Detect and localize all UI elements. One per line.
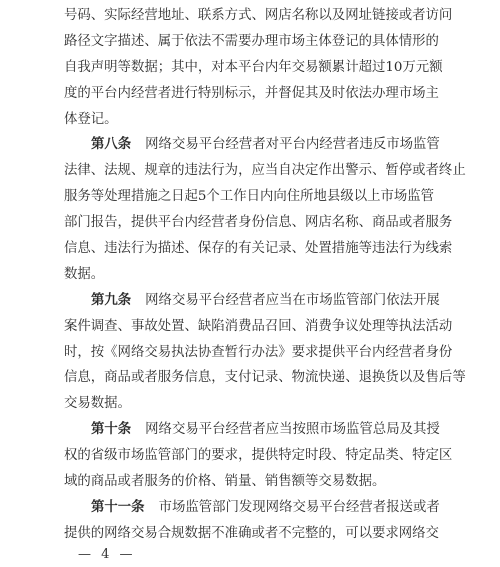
text-line: 信息，商品或者服务信息，支付记录、物流快递、退换货以及售后等 bbox=[64, 365, 434, 391]
text-line: 权的省级市场监管部门的要求，提供特定时段、特定品类、特定区 bbox=[64, 443, 434, 469]
text-line: 时，按《网络交易执法协查暂行办法》要求提供平台内经营者身份 bbox=[64, 340, 434, 366]
article-heading: 第八条 bbox=[91, 137, 131, 152]
text-line: 域的商品或者服务的价格、销量、销售额等交易数据。 bbox=[64, 469, 434, 495]
text-line: 度的平台内经营者进行特别标示，并督促其及时依法办理市场主 bbox=[64, 81, 434, 107]
document-page: 号码、实际经营地址、联系方式、网店名称以及网址链接或者访问 路径文字描述、属于依… bbox=[64, 3, 434, 547]
text-line: 案件调查、事故处置、缺陷消费品召回、消费争议处理等执法活动 bbox=[64, 314, 434, 340]
article-heading: 第九条 bbox=[91, 293, 131, 308]
article-9-first-line: 第九条网络交易平台经营者应当在市场监管部门依法开展 bbox=[64, 288, 434, 314]
text-span: 网络交易平台经营者应当在市场监管部门依法开展 bbox=[145, 293, 440, 308]
text-span: 网络交易平台经营者应当按照市场监管总局及其授 bbox=[145, 422, 440, 437]
article-8-first-line: 第八条网络交易平台经营者对平台内经营者违反市场监管 bbox=[64, 132, 434, 158]
text-line: 部门报告，提供平台内经营者身份信息、网店名称、商品或者服务 bbox=[64, 210, 434, 236]
text-line: 路径文字描述、属于依法不需要办理市场主体登记的具体情形的 bbox=[64, 29, 434, 55]
text-line: 数据。 bbox=[64, 262, 434, 288]
text-line: 交易数据。 bbox=[64, 391, 434, 417]
text-line: 法律、法规、规章的违法行为，应当自决定作出警示、暂停或者终止 bbox=[64, 158, 434, 184]
text-span: 网络交易平台经营者对平台内经营者违反市场监管 bbox=[145, 137, 440, 152]
text-line: 服务等处理措施之日起5个工作日内向住所地县级以上市场监管 bbox=[64, 184, 434, 210]
article-heading: 第十一条 bbox=[91, 500, 145, 515]
article-heading: 第十条 bbox=[91, 422, 131, 437]
page-number: — 4 — bbox=[78, 547, 133, 562]
article-10-first-line: 第十条网络交易平台经营者应当按照市场监管总局及其授 bbox=[64, 417, 434, 443]
text-line: 体登记。 bbox=[64, 107, 434, 133]
text-span: 市场监管部门发现网络交易平台经营者报送或者 bbox=[159, 500, 440, 515]
text-line: 信息、违法行为描述、保存的有关记录、处置措施等违法行为线索 bbox=[64, 236, 434, 262]
text-line: 提供的网络交易合规数据不准确或者不完整的，可以要求网络交 bbox=[64, 521, 434, 547]
article-11-first-line: 第十一条市场监管部门发现网络交易平台经营者报送或者 bbox=[64, 495, 434, 521]
text-line: 号码、实际经营地址、联系方式、网店名称以及网址链接或者访问 bbox=[64, 3, 434, 29]
text-line: 自我声明等数据；其中，对本平台内年交易额累计超过10万元额 bbox=[64, 55, 434, 81]
